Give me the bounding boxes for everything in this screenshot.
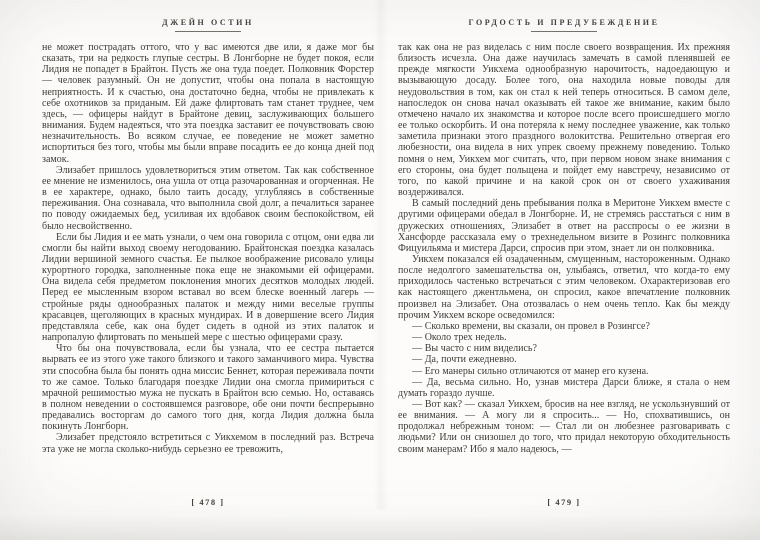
paragraph: так как она не раз виделась с ним после … bbox=[398, 42, 730, 198]
right-page-text: так как она не раз виделась с ним после … bbox=[398, 42, 730, 490]
running-head-author: ДЖЕЙН ОСТИН bbox=[42, 18, 374, 27]
paragraph: — Его манеры сильно отличаются от манер … bbox=[398, 366, 730, 377]
paragraph: Если бы Лидия и ее мать узнали, о чем он… bbox=[42, 232, 374, 344]
page-number-left: [ 478 ] bbox=[42, 497, 374, 507]
paragraph: — Да, весьма сильно. Но, узнав мистера Д… bbox=[398, 377, 730, 399]
paragraph: не может пострадать оттого, что у вас им… bbox=[42, 42, 374, 165]
book-spread: ДЖЕЙН ОСТИН не может пострадать оттого, … bbox=[0, 0, 760, 540]
paragraph: — Сколько времени, вы сказали, он провел… bbox=[398, 321, 730, 332]
paragraph: Что бы она почувствовала, если бы узнала… bbox=[42, 343, 374, 432]
header-rule bbox=[175, 31, 241, 32]
page-number-right: [ 479 ] bbox=[398, 497, 730, 507]
header-rule bbox=[531, 31, 597, 32]
paragraph: — Вот как? — сказал Уикхем, бросив на не… bbox=[398, 399, 730, 455]
right-page: ГОРДОСТЬ И ПРЕДУБЕЖДЕНИЕ так как она не … bbox=[380, 0, 760, 540]
paragraph: — Около трех недель. bbox=[398, 332, 730, 343]
left-page: ДЖЕЙН ОСТИН не может пострадать оттого, … bbox=[0, 0, 380, 540]
paragraph: В самый последний день пребывания полка … bbox=[398, 198, 730, 254]
paragraph: Уикхем показался ей озадаченным, смущенн… bbox=[398, 254, 730, 321]
paragraph: — Вы часто с ним виделись? bbox=[398, 343, 730, 354]
paragraph: Элизабет пришлось удовлетвориться этим о… bbox=[42, 165, 374, 232]
paragraph: Элизабет предстояло встретиться с Уикхем… bbox=[42, 432, 374, 454]
running-head-title: ГОРДОСТЬ И ПРЕДУБЕЖДЕНИЕ bbox=[398, 18, 730, 27]
left-page-text: не может пострадать оттого, что у вас им… bbox=[42, 42, 374, 490]
paragraph: — Да, почти ежедневно. bbox=[398, 354, 730, 365]
